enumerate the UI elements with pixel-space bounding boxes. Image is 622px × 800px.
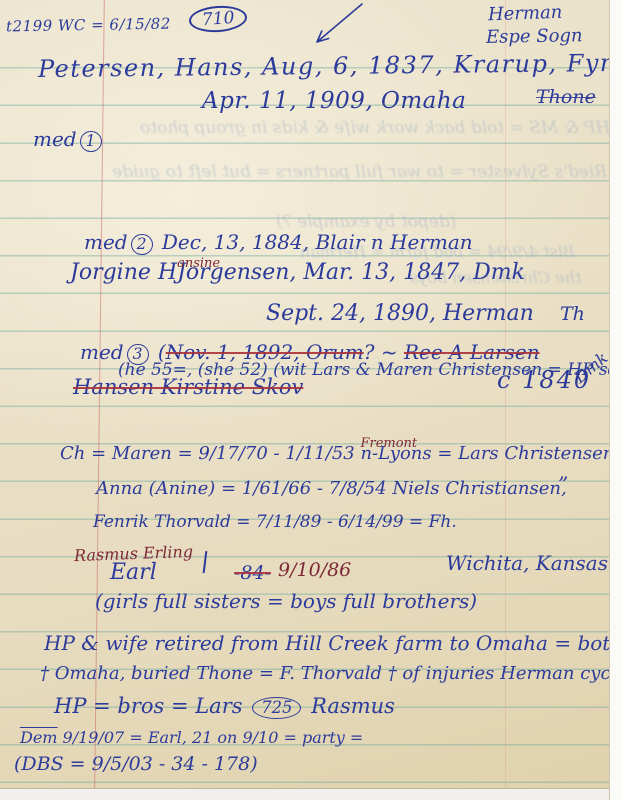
child-earl-place: Wichita, Kansas <box>446 551 608 575</box>
marriage2-number-circled: 2 <box>131 234 153 255</box>
child-earl-struck-age: -84- <box>234 562 271 584</box>
bleedthrough-text: Ried's Sylvester = to war full partners … <box>112 162 607 182</box>
spouse2-cemetery-note: Th <box>560 303 585 325</box>
dem-rest: 9/19/07 = Earl, 21 on 9/10 = party = <box>57 728 363 747</box>
brother-record-number-circled: 725 <box>252 697 301 719</box>
region-note-line1: Herman <box>488 2 563 26</box>
spouse2-name-part2: Jorgensen, Mar. 13, 1847, Dmk <box>177 260 525 285</box>
spouse2-death-line: Sept. 24, 1890, Herman <box>266 301 534 326</box>
marriage1-line: med1 <box>33 127 105 152</box>
child-earl-name: Earl <box>110 560 157 585</box>
child-earl-death-date: 9/10/86 <box>278 559 351 581</box>
region-note-line2: Espe Sogn <box>486 25 583 48</box>
file-code: t2199 WC = 6/15/82 <box>6 15 171 36</box>
dem-word: Dem <box>20 728 57 747</box>
subject-death-line: Apr. 11, 1909, Omaha <box>202 88 466 114</box>
spouse2-line: Jorgine HansineJorgensen, Mar. 13, 1847,… <box>70 260 525 285</box>
siblings-note: (girls full sisters = boys full brothers… <box>95 589 477 613</box>
scan-border-right <box>609 0 622 800</box>
child-anna-line: Anna (Anine) = 1/61/66 - 7/8/54 Niels Ch… <box>96 478 567 499</box>
brothers-part2: Rasmus <box>311 694 395 718</box>
brothers-part1: HP = bros = Lars <box>54 694 243 718</box>
brothers-line: HP = bros = Lars 725 Rasmus <box>54 694 395 719</box>
child-anna-ditto-mark: ” <box>558 472 568 496</box>
dem-note-line: Dem 9/19/07 = Earl, 21 on 9/10 = party = <box>20 728 363 747</box>
marriage1-number-circled: 1 <box>80 131 102 152</box>
spouse2-name-part1: Jorgine H <box>70 260 177 285</box>
record-number-circled: 710 <box>188 4 248 34</box>
child-maren-part1: Ch = Maren = 9/17/70 - 1/11/53 <box>60 443 360 464</box>
marriage3-struck-spouse: Hansen Kirstine Skov <box>73 375 303 399</box>
arrow-annotation <box>305 2 367 52</box>
retirement-note: HP & wife retired from Hill Creek farm t… <box>44 631 622 655</box>
burial-note: † Omaha, buried Thone = F. Thorvald † of… <box>40 663 622 684</box>
med-label: med <box>33 127 77 151</box>
bleedthrough-text: HP & MS = told back work wife & kids in … <box>140 118 610 138</box>
bleedthrough-text: (depot by example ?) <box>276 212 456 232</box>
marriage2-line: med2 Dec, 13, 1884, Blair n Herman <box>84 230 473 255</box>
notebook-page: HP & MS = told back work wife & kids in … <box>0 0 609 788</box>
med-label: med <box>84 230 128 254</box>
cemetery-note: Thone <box>536 86 596 108</box>
child-maren-line: Ch = Maren = 9/17/70 - 1/11/53 Fremontn-… <box>60 443 622 464</box>
scan-border-bottom <box>0 788 609 800</box>
dbs-source-line: (DBS = 9/5/03 - 34 - 178) <box>14 753 258 775</box>
marriage2-date-place: Dec, 13, 1884, Blair n Herman <box>162 230 473 254</box>
child-fenrik-line: Fenrik Thorvald = 7/11/89 - 6/14/99 = Fh… <box>93 512 457 532</box>
